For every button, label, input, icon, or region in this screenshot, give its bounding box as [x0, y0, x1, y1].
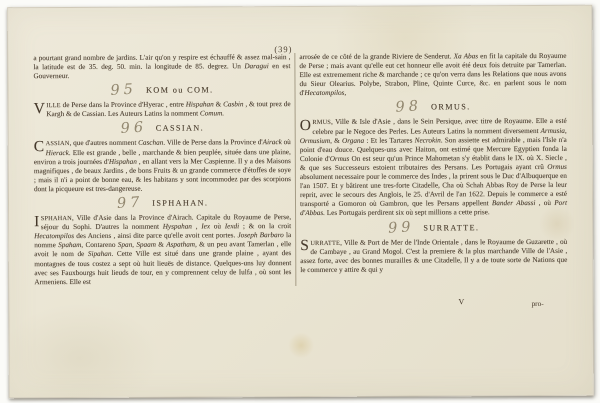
text-run: Sipahan: [88, 250, 112, 258]
catchword: pro-: [531, 299, 543, 308]
entry-ormus: ORMUS, Ville & Isle d'Asie , dans le Sei…: [300, 117, 567, 218]
text-run: Hispahan: [186, 101, 214, 109]
text-run: Span, Spaam: [118, 241, 156, 249]
entry-title: ORMUS.: [431, 103, 471, 112]
entry-number-manuscript: 99: [388, 223, 415, 234]
text-run: Organa: [342, 136, 364, 144]
entry-number-manuscript: 98: [395, 103, 422, 114]
text-run: Hecatompilos: [34, 232, 74, 240]
column-divider-rule: [294, 53, 296, 286]
text-run: Necrokin: [415, 136, 441, 144]
previous-entry-continuation: a pourtant grand nombre de jardins. L'ai…: [33, 53, 290, 81]
entry-number-manuscript: 97: [117, 199, 144, 210]
entry-surratte: SURRATTE, Ville & Port de Mer de l'Inde …: [300, 237, 567, 275]
entry-title: SURRATTE.: [423, 223, 479, 232]
text-run: Iexdi: [225, 222, 239, 230]
entry-title: CASSIAN.: [156, 124, 204, 133]
text-run: SPHAHAN: [41, 215, 72, 222]
text-run: , Contareno: [81, 241, 118, 249]
text-run: , Ville & Isle d'Asie , dans le Sein Per…: [312, 117, 566, 135]
text-run: . Ville de Perse dans la Province d': [163, 139, 262, 147]
text-run: Hispahan: [109, 157, 137, 165]
text-run: Iex: [201, 223, 210, 231]
text-run: , que d'autres nomment: [70, 139, 139, 147]
text-run: des Anciens , ainsi dite parce qu'elle a…: [74, 231, 237, 240]
text-run: Spaham: [58, 241, 81, 249]
text-run: arrosée de ce côté de la grande Riviere …: [299, 52, 453, 61]
text-run: Bander Abassi: [492, 199, 536, 207]
text-run: , où: [535, 199, 554, 207]
drop-cap-initial: S: [300, 239, 309, 255]
text-block: a pourtant grand nombre de jardins. L'ai…: [33, 52, 568, 287]
text-run: Comum.: [200, 110, 224, 118]
text-run: Hyspahan: [163, 223, 192, 231]
text-run: Hecatompilos,: [304, 89, 346, 97]
text-run: ,: [192, 223, 201, 231]
left-column: a pourtant grand nombre de jardins. L'ai…: [33, 53, 291, 287]
text-run: Aspatham: [166, 241, 195, 249]
entry-cassian: CASSIAN, que d'autres nomment Caschan. V…: [34, 139, 291, 195]
drop-cap-initial: I: [34, 215, 39, 231]
text-run: Ormus: [330, 155, 350, 163]
text-run: ILLE: [46, 102, 60, 109]
entry-heading: 98ORMUS.: [300, 101, 567, 115]
text-run: où: [210, 222, 225, 230]
text-run: Daragui: [244, 62, 268, 70]
text-run: Casbin: [223, 101, 243, 109]
text-run: Ormus: [547, 163, 567, 171]
drop-cap-initial: V: [34, 102, 45, 118]
drop-cap-initial: C: [34, 140, 44, 156]
entry-title: KOM ou COM.: [146, 86, 214, 95]
entry-heading: 95KOM ou COM.: [33, 84, 290, 98]
drop-cap-initial: O: [300, 119, 311, 135]
text-run: Les Portugais perdirent six où sept mill…: [325, 209, 490, 218]
text-run: RMUS: [312, 119, 331, 126]
text-run: de Perse dans la Province d'Hyerac , ent…: [61, 101, 186, 110]
entry-heading: 99SURRATTE.: [300, 221, 567, 235]
book-page-scan: (39) a pourtant grand nombre de jardins.…: [7, 5, 594, 399]
text-run: où: [282, 139, 291, 147]
entry-isphahan: ISPHAHAN, Ville d'Asie dans la Province …: [34, 213, 291, 287]
text-run: Hierack: [46, 149, 69, 157]
text-run: Joseph Barbaro: [237, 231, 283, 239]
right-column: arrosée de ce côté de la grande Riviere …: [299, 52, 567, 286]
text-run: , Ville & Port de Mer de l'Inde Oriental…: [300, 237, 567, 273]
entry-number-manuscript: 95: [110, 86, 137, 97]
signature-mark: V: [458, 297, 464, 306]
text-run: Xa Abas: [454, 52, 478, 60]
entry-title: ISPHAHAN.: [152, 198, 208, 207]
entry-heading: 96CASSIAN.: [34, 123, 291, 137]
entry-heading: 97ISPHAHAN.: [34, 197, 291, 211]
text-run: URRATTE: [310, 239, 340, 246]
text-run: &: [332, 136, 342, 144]
text-run: Airack: [263, 139, 282, 147]
text-run: ASSIAN: [46, 140, 70, 147]
isphahan-continuation: arrosée de ce côté de la grande Riviere …: [299, 52, 566, 99]
entry-number-manuscript: 96: [120, 124, 147, 135]
entry-kom: VILLE de Perse dans la Province d'Hyerac…: [34, 100, 291, 119]
text-run: : Et les Tartares: [364, 136, 415, 144]
text-run: Caschan: [138, 139, 163, 147]
text-run: &: [156, 241, 166, 249]
text-run: ; & on la croit: [239, 222, 291, 230]
